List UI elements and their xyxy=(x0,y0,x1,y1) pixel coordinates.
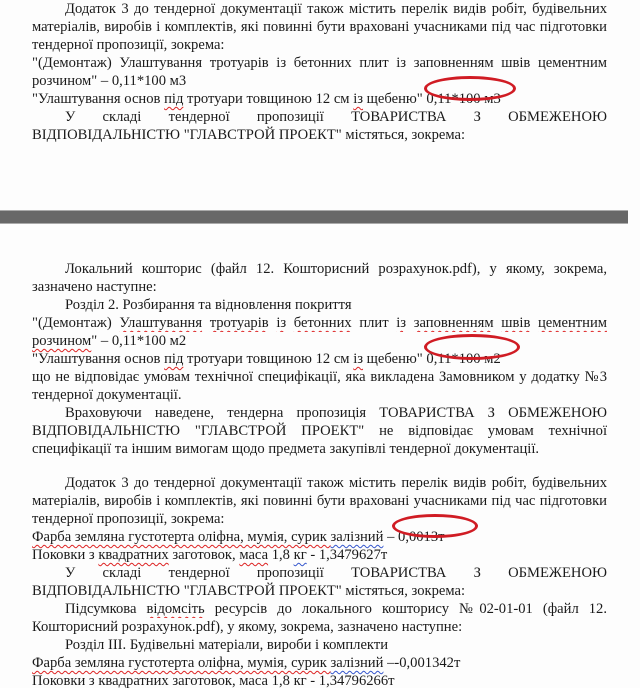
text-line: "(Демонтаж) Улаштування тротуарів із бет… xyxy=(32,314,607,332)
text-fragment: " – 0,11*100 м2 xyxy=(91,333,186,349)
text-line: розчином" – 0,11*100 м2 xyxy=(32,332,607,350)
text-line: ВІДПОВІДАЛЬНІСТЮ "ГЛАВСТРОЙ ПРОЕКТ" міст… xyxy=(32,582,607,600)
text-fragment: ресурсів до локального кошторису №02-01-… xyxy=(205,601,607,617)
text-line: тендерної пропозиції, зокрема: xyxy=(32,36,607,54)
text-line: специфікації та іншим вимогам щодо предм… xyxy=(32,440,607,458)
text-fragment: "(Демонтаж) xyxy=(32,315,119,331)
text-fragment: 1,8 xyxy=(268,547,294,563)
grammar-word: залізний xyxy=(331,529,384,545)
spellcheck-phrase: Фарба земляна густотерта оліфна, мумія, … xyxy=(32,529,331,545)
spellcheck-word: Улаштування xyxy=(119,315,202,331)
text-line: ВІДПОВІДАЛЬНІСТЮ "ГЛАВСТРОЙ ПРОЕКТ" не в… xyxy=(32,422,607,440)
text-fragment: "Улаштування основ xyxy=(32,91,164,107)
text-fragment xyxy=(286,315,294,331)
text-fragment: "Улаштування основ xyxy=(32,351,164,367)
text-line: матеріалів, виробів і комплектів, які по… xyxy=(32,18,607,36)
spellcheck-word: швів xyxy=(501,315,530,331)
spellcheck-phrase: Фарба земляна густотерта оліфна, мумія, … xyxy=(32,655,331,671)
text-line: Додаток 3 до тендерної документації тако… xyxy=(65,474,607,492)
spellcheck-word: квадратних xyxy=(98,547,168,563)
text-line: У складі тендерної пропозиції ТОВАРИСТВА… xyxy=(65,564,607,582)
text-line: матеріалів, виробів і комплектів, які по… xyxy=(32,492,607,510)
spellcheck-word: із xyxy=(353,91,363,107)
text-line: "Улаштування основ під тротуари товщиною… xyxy=(32,350,607,368)
spellcheck-word: відомсіть xyxy=(147,601,205,617)
text-fragment: плит xyxy=(352,315,397,331)
text-line: Локальний кошторис (файл 12. Кошторисний… xyxy=(65,260,607,278)
red-circle-annotation xyxy=(424,334,520,360)
text-fragment: щебеню" xyxy=(363,351,426,367)
text-line: Фарба земляна густотерта оліфна, мумія, … xyxy=(32,654,607,672)
page-divider xyxy=(0,210,628,224)
text-fragment: заготовок, xyxy=(169,547,240,563)
spellcheck-word: із xyxy=(396,315,406,331)
spellcheck-word: цементним xyxy=(538,315,607,331)
text-fragment xyxy=(406,315,414,331)
red-circle-annotation xyxy=(392,514,478,538)
spellcheck-word: під xyxy=(164,351,183,367)
text-fragment: щебеню" xyxy=(363,91,426,107)
red-circle-annotation xyxy=(424,76,516,101)
highlighted-value: -0,001342т xyxy=(394,655,460,671)
text-line: У складі тендерної пропозиції ТОВАРИСТВА… xyxy=(65,108,607,126)
text-line: зазначено наступне: xyxy=(32,278,607,296)
text-line: Підсумкова відомсіть ресурсів до локальн… xyxy=(65,600,607,618)
spellcheck-word: із xyxy=(353,351,363,367)
text-line: Поковки з квадратних заготовок, маса 1,8… xyxy=(32,672,607,688)
text-fragment: – xyxy=(383,655,394,671)
text-line: "Улаштування основ під тротуари товщиною… xyxy=(32,90,607,108)
text-line: Кошторисний розрахунок.pdf), у якому, зо… xyxy=(32,618,607,636)
text-line: Розділ III. Будівельні матеріали, вироби… xyxy=(65,636,607,654)
spellcheck-word: розчином xyxy=(32,333,91,349)
spellcheck-word: бетонних xyxy=(294,315,352,331)
text-line: розчином" – 0,11*100 м3 xyxy=(32,72,607,90)
text-line: що не відповідає умовам технічної специф… xyxy=(32,368,607,386)
spellcheck-word: заповненням xyxy=(414,315,494,331)
text-line: "(Демонтаж) Улаштування тротуарів із бет… xyxy=(32,54,607,72)
text-line: Поковки з квадратних заготовок, маса 1,8… xyxy=(32,546,607,564)
text-line: тендерної документації. xyxy=(32,386,607,404)
spellcheck-word: маса xyxy=(239,547,268,563)
text-fragment: Підсумкова xyxy=(65,601,147,617)
text-fragment: тротуари товщиною 12 см xyxy=(183,91,353,107)
text-fragment: Поковки з xyxy=(32,547,98,563)
text-fragment xyxy=(530,315,538,331)
text-fragment: - 1,3479627т xyxy=(307,547,388,563)
spellcheck-word: тротуарів xyxy=(210,315,269,331)
text-fragment xyxy=(202,315,210,331)
text-line: ВІДПОВІДАЛЬНІСТЮ "ГЛАВСТРОЙ ПРОЕКТ" міст… xyxy=(32,126,607,144)
text-line: Фарба земляна густотерта оліфна, мумія, … xyxy=(32,528,607,546)
spellcheck-word: із xyxy=(276,315,286,331)
text-line: тендерної пропозиції, зокрема: xyxy=(32,510,607,528)
spellcheck-word: під xyxy=(164,91,183,107)
grammar-word: залізний xyxy=(331,655,384,671)
text-line: Додаток 3 до тендерної документації тако… xyxy=(65,0,607,18)
text-fragment: тротуари товщиною 12 см xyxy=(183,351,353,367)
text-line: Розділ 2. Розбирання та відновлення покр… xyxy=(65,296,607,314)
grammar-word: кг xyxy=(294,547,307,563)
text-line: Враховуючи наведене, тендерна пропозиція… xyxy=(65,404,607,422)
